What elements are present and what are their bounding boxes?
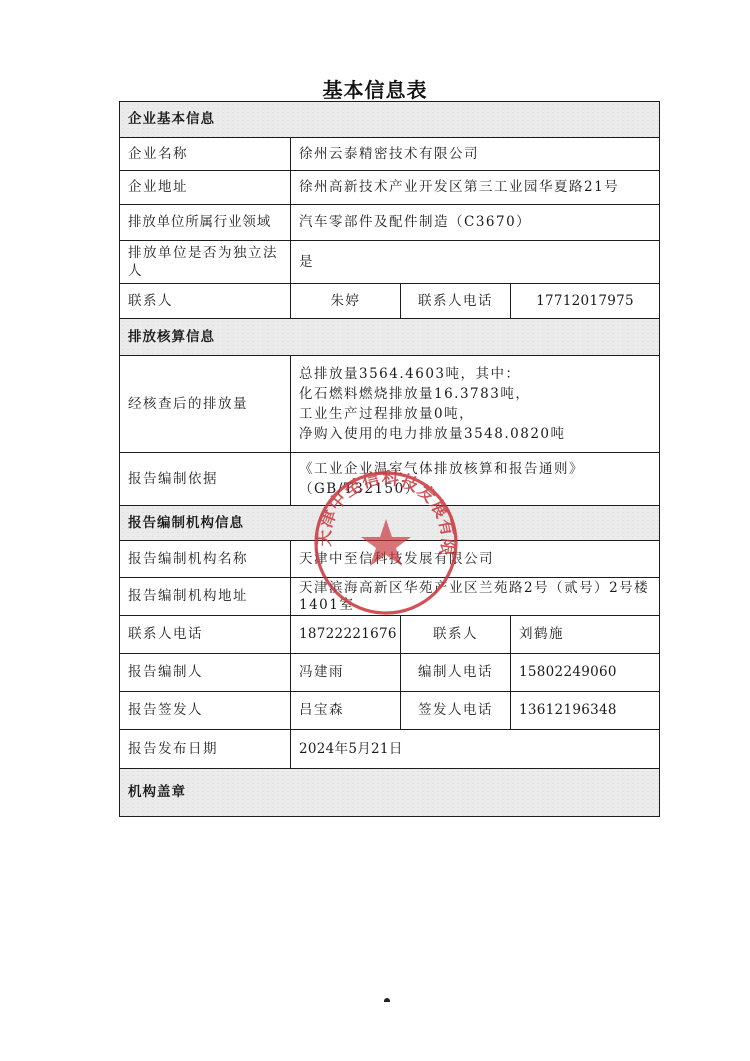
table-row: 企业地址 徐州高新技术产业开发区第三工业园华夏路21号 [120, 171, 660, 205]
section-header-emission: 排放核算信息 [120, 319, 660, 356]
electricity-emission-line: 净购入使用的电力排放量3548.0820吨 [299, 424, 651, 444]
section-header-enterprise: 企业基本信息 [120, 102, 660, 138]
field-label: 报告签发人 [120, 692, 291, 730]
page-number-mark [384, 998, 390, 1002]
field-label: 报告编制依据 [120, 453, 291, 506]
section-title: 机构盖章 [120, 769, 660, 817]
table-row: 联系人 朱婷 联系人电话 17712017975 [120, 284, 660, 319]
table-row: 报告编制机构地址 天津滨海高新区华苑产业区兰苑路2号（贰号）2号楼 1401室 [120, 578, 660, 616]
table-row: 企业名称 徐州云泰精密技术有限公司 [120, 138, 660, 171]
section-header-agency: 报告编制机构信息 [120, 506, 660, 541]
total-emission-line: 总排放量3564.4603吨，其中： [299, 364, 651, 384]
table-row: 联系人电话 18722221676 联系人 刘鹤施 [120, 616, 660, 654]
verified-emission-value: 总排放量3564.4603吨，其中： 化石燃料燃烧排放量16.3783吨， 工业… [291, 356, 660, 453]
field-label: 排放单位所属行业领域 [120, 205, 291, 241]
preparer-value: 冯建雨 [291, 654, 401, 692]
field-label: 排放单位是否为独立法人 [120, 241, 291, 284]
section-header-seal: 机构盖章 [120, 769, 660, 817]
table-row: 报告编制人 冯建雨 编制人电话 15802249060 [120, 654, 660, 692]
section-title: 企业基本信息 [120, 102, 660, 138]
field-label: 报告编制机构地址 [120, 578, 291, 616]
field-label: 联系人 [401, 616, 511, 654]
field-label: 经核查后的排放量 [120, 356, 291, 453]
issuer-phone-value: 13612196348 [511, 692, 660, 730]
field-label: 编制人电话 [401, 654, 511, 692]
agency-name-value: 天津中至信科技发展有限公司 [291, 541, 660, 578]
field-label: 报告发布日期 [120, 730, 291, 769]
field-label: 报告编制人 [120, 654, 291, 692]
field-label: 联系人电话 [401, 284, 511, 319]
table-row: 报告编制依据 《工业企业温室气体排放核算和报告通则》 （GB/T32150） [120, 453, 660, 506]
field-label: 报告编制机构名称 [120, 541, 291, 578]
page-title: 基本信息表 [0, 74, 750, 103]
contact-value: 朱婷 [291, 284, 401, 319]
table-row: 报告签发人 吕宝森 签发人电话 13612196348 [120, 692, 660, 730]
field-label: 企业名称 [120, 138, 291, 171]
field-label: 联系人 [120, 284, 291, 319]
contact-phone-value: 17712017975 [511, 284, 660, 319]
industry-value: 汽车零部件及配件制造（C3670） [291, 205, 660, 241]
field-label: 企业地址 [120, 171, 291, 205]
table-row: 经核查后的排放量 总排放量3564.4603吨，其中： 化石燃料燃烧排放量16.… [120, 356, 660, 453]
issuer-value: 吕宝森 [291, 692, 401, 730]
table-row: 排放单位是否为独立法人 是 [120, 241, 660, 284]
fossil-fuel-emission-line: 化石燃料燃烧排放量16.3783吨， [299, 384, 651, 404]
field-label: 签发人电话 [401, 692, 511, 730]
basis-line: 《工业企业温室气体排放核算和报告通则》 [299, 459, 651, 479]
enterprise-address-value: 徐州高新技术产业开发区第三工业园华夏路21号 [291, 171, 660, 205]
address-line: 1401室 [299, 597, 651, 614]
table-row: 报告发布日期 2024年5月21日 [120, 730, 660, 769]
legal-entity-value: 是 [291, 241, 660, 284]
table-row: 排放单位所属行业领域 汽车零部件及配件制造（C3670） [120, 205, 660, 241]
industrial-process-emission-line: 工业生产过程排放量0吨， [299, 404, 651, 424]
agency-phone-value: 18722221676 [291, 616, 401, 654]
basis-line: （GB/T32150） [299, 479, 651, 499]
report-basis-value: 《工业企业温室气体排放核算和报告通则》 （GB/T32150） [291, 453, 660, 506]
table-row: 报告编制机构名称 天津中至信科技发展有限公司 [120, 541, 660, 578]
publish-date-value: 2024年5月21日 [291, 730, 660, 769]
address-line: 天津滨海高新区华苑产业区兰苑路2号（贰号）2号楼 [299, 580, 651, 597]
field-label: 联系人电话 [120, 616, 291, 654]
agency-contact-value: 刘鹤施 [511, 616, 660, 654]
basic-info-table: 企业基本信息 企业名称 徐州云泰精密技术有限公司 企业地址 徐州高新技术产业开发… [119, 101, 660, 817]
section-title: 排放核算信息 [120, 319, 660, 356]
agency-address-value: 天津滨海高新区华苑产业区兰苑路2号（贰号）2号楼 1401室 [291, 578, 660, 616]
section-title: 报告编制机构信息 [120, 506, 660, 541]
enterprise-name-value: 徐州云泰精密技术有限公司 [291, 138, 660, 171]
preparer-phone-value: 15802249060 [511, 654, 660, 692]
